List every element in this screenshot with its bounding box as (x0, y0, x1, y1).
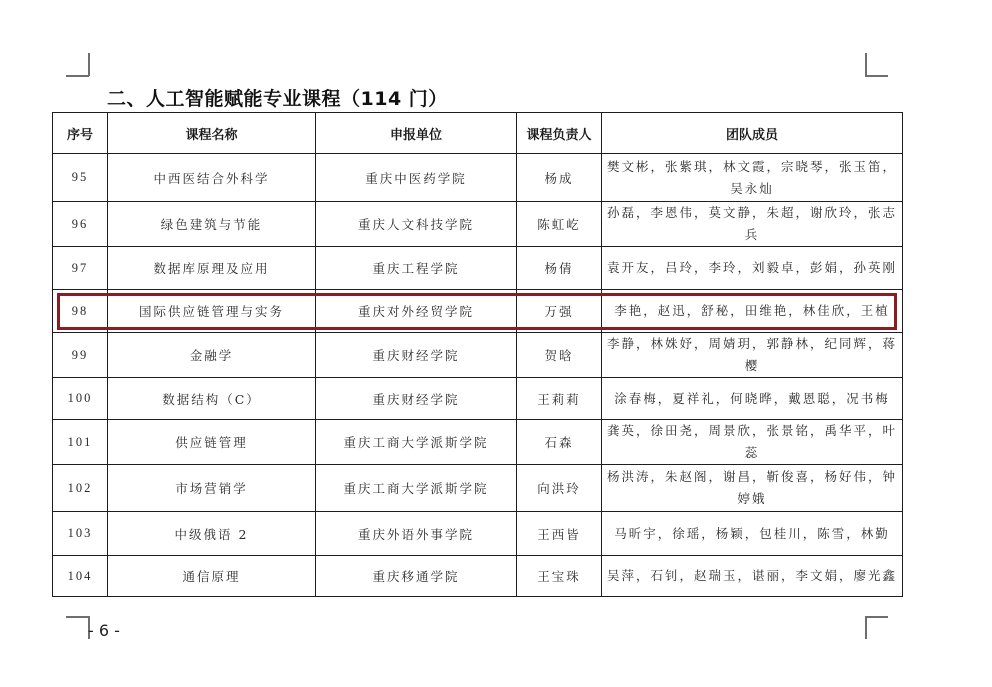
cell-course-name: 绿色建筑与节能 (108, 202, 316, 247)
cell-unit: 重庆对外经贸学院 (316, 290, 517, 333)
crop-mark-top-right-v (865, 53, 867, 76)
cell-course-name: 市场营销学 (108, 465, 316, 512)
cell-course-name: 国际供应链管理与实务 (108, 290, 316, 333)
table-row: 104通信原理重庆移通学院王宝珠吴萍，石钊，赵瑞玉，谌丽，李文娟，廖光鑫 (53, 556, 903, 597)
table-row: 96绿色建筑与节能重庆人文科技学院陈虹屹孙磊，李恩伟，莫文静，朱超，谢欣玲，张志… (53, 202, 903, 247)
cell-no: 98 (53, 290, 108, 333)
cell-members: 樊文彬，张紫琪，林文霞，宗晓琴，张玉笛，吴永灿 (602, 154, 903, 202)
crop-mark-bottom-right-v (865, 616, 867, 639)
cell-no: 97 (53, 247, 108, 290)
cell-course-name: 数据结构（C） (108, 378, 316, 420)
crop-mark-bottom-right-h (865, 616, 888, 618)
cell-members: 马昕宇，徐瑶，杨颖，包桂川，陈雪，林勤 (602, 512, 903, 556)
cell-leader: 陈虹屹 (517, 202, 602, 247)
cell-unit: 重庆移通学院 (316, 556, 517, 597)
cell-members: 李静，林姝妤，周婧玥，郭静林，纪同辉，蒋樱 (602, 333, 903, 378)
cell-course-name: 金融学 (108, 333, 316, 378)
cell-members: 龚英，徐田尧，周景欣，张景铭，禹华平，叶蕊 (602, 420, 903, 465)
cell-unit: 重庆中医药学院 (316, 154, 517, 202)
cell-no: 99 (53, 333, 108, 378)
table-row: 98国际供应链管理与实务重庆对外经贸学院万强李艳，赵迅，舒秘，田维艳，林佳欣，王… (53, 290, 903, 333)
cell-no: 104 (53, 556, 108, 597)
crop-mark-bottom-left-h (66, 616, 89, 618)
cell-unit: 重庆工商大学派斯学院 (316, 465, 517, 512)
cell-course-name: 中西医结合外科学 (108, 154, 316, 202)
crop-mark-top-left-v (88, 53, 90, 76)
cell-members: 孙磊，李恩伟，莫文静，朱超，谢欣玲，张志兵 (602, 202, 903, 247)
table-row: 95中西医结合外科学重庆中医药学院杨成樊文彬，张紫琪，林文霞，宗晓琴，张玉笛，吴… (53, 154, 903, 202)
cell-leader: 万强 (517, 290, 602, 333)
cell-no: 96 (53, 202, 108, 247)
table-header-row: 序号 课程名称 申报单位 课程负责人 团队成员 (53, 113, 903, 154)
cell-leader: 王西皆 (517, 512, 602, 556)
cell-unit: 重庆财经学院 (316, 378, 517, 420)
header-course-name: 课程名称 (108, 113, 316, 154)
cell-unit: 重庆外语外事学院 (316, 512, 517, 556)
section-title: 二、人工智能赋能专业课程（114 门） (107, 86, 448, 112)
course-table: 序号 课程名称 申报单位 课程负责人 团队成员 95中西医结合外科学重庆中医药学… (52, 112, 903, 597)
cell-members: 杨洪涛，朱赵阁，谢昌，靳俊喜，杨好伟，钟婷娥 (602, 465, 903, 512)
cell-no: 102 (53, 465, 108, 512)
cell-leader: 向洪玲 (517, 465, 602, 512)
table-row: 101供应链管理重庆工商大学派斯学院石森龚英，徐田尧，周景欣，张景铭，禹华平，叶… (53, 420, 903, 465)
cell-leader: 王宝珠 (517, 556, 602, 597)
cell-course-name: 通信原理 (108, 556, 316, 597)
table-row: 97数据库原理及应用重庆工程学院杨倩袁开友，吕玲，李玲，刘毅卓，彭娟，孙英刚 (53, 247, 903, 290)
cell-course-name: 供应链管理 (108, 420, 316, 465)
cell-no: 95 (53, 154, 108, 202)
cell-unit: 重庆工商大学派斯学院 (316, 420, 517, 465)
table-row: 102市场营销学重庆工商大学派斯学院向洪玲杨洪涛，朱赵阁，谢昌，靳俊喜，杨好伟，… (53, 465, 903, 512)
cell-unit: 重庆人文科技学院 (316, 202, 517, 247)
table-row: 100数据结构（C）重庆财经学院王莉莉涂春梅，夏祥礼，何晓晔，戴恩聪，况书梅 (53, 378, 903, 420)
table-row: 103中级俄语 2重庆外语外事学院王西皆马昕宇，徐瑶，杨颖，包桂川，陈雪，林勤 (53, 512, 903, 556)
cell-leader: 杨成 (517, 154, 602, 202)
cell-members: 袁开友，吕玲，李玲，刘毅卓，彭娟，孙英刚 (602, 247, 903, 290)
header-leader: 课程负责人 (517, 113, 602, 154)
cell-leader: 贺晗 (517, 333, 602, 378)
cell-members: 李艳，赵迅，舒秘，田维艳，林佳欣，王植 (602, 290, 903, 333)
cell-leader: 王莉莉 (517, 378, 602, 420)
crop-mark-top-left-h (66, 75, 89, 77)
cell-leader: 石森 (517, 420, 602, 465)
cell-unit: 重庆工程学院 (316, 247, 517, 290)
page-number: - 6 - (88, 621, 120, 640)
cell-no: 103 (53, 512, 108, 556)
header-unit: 申报单位 (316, 113, 517, 154)
crop-mark-top-right-h (865, 75, 888, 77)
cell-members: 吴萍，石钊，赵瑞玉，谌丽，李文娟，廖光鑫 (602, 556, 903, 597)
cell-leader: 杨倩 (517, 247, 602, 290)
cell-course-name: 中级俄语 2 (108, 512, 316, 556)
cell-members: 涂春梅，夏祥礼，何晓晔，戴恩聪，况书梅 (602, 378, 903, 420)
cell-no: 100 (53, 378, 108, 420)
cell-unit: 重庆财经学院 (316, 333, 517, 378)
cell-course-name: 数据库原理及应用 (108, 247, 316, 290)
header-no: 序号 (53, 113, 108, 154)
header-members: 团队成员 (602, 113, 903, 154)
cell-no: 101 (53, 420, 108, 465)
table-row: 99金融学重庆财经学院贺晗李静，林姝妤，周婧玥，郭静林，纪同辉，蒋樱 (53, 333, 903, 378)
